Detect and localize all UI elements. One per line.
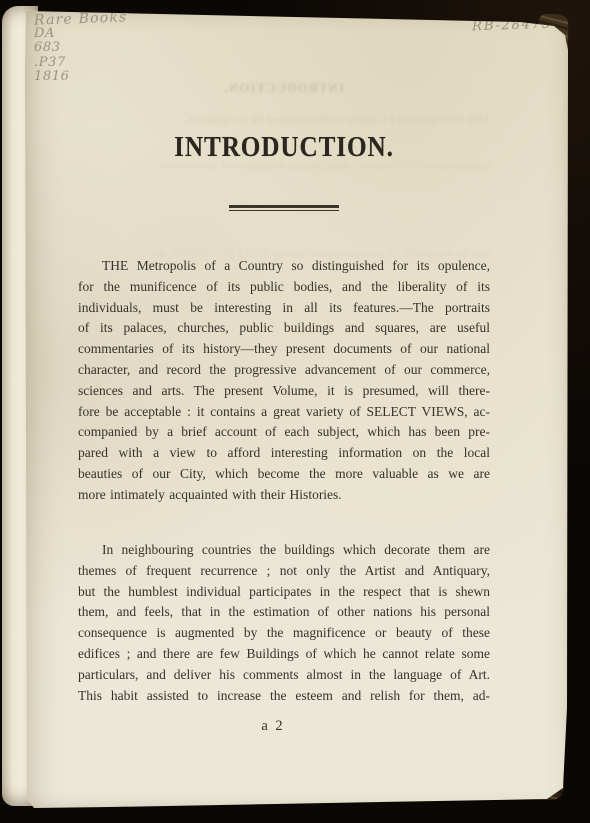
text-line: sciences and arts. The present Volume, i… xyxy=(78,381,490,402)
divider-thick-rule xyxy=(229,205,339,208)
book-page: Rare BooksDA683.P371816 RB-28475 INTRODU… xyxy=(20,8,572,810)
paragraph-neighbouring-countries: In neighbouring countries the buildings … xyxy=(78,540,490,706)
text-line: character, and record the progressive ad… xyxy=(78,360,490,381)
text-line: pared with a view to afford interesting … xyxy=(78,443,490,464)
book-photo: Rare BooksDA683.P371816 RB-28475 INTRODU… xyxy=(0,0,590,823)
page-title: INTRODUCTION. xyxy=(99,132,470,164)
text-line: particulars, and deliver his comments al… xyxy=(78,665,490,686)
text-line: In neighbouring countries the buildings … xyxy=(78,540,490,561)
text-line: fore be acceptable : it contains a great… xyxy=(78,402,490,423)
paragraph-metropolis: THE Metropolis of a Country so distingui… xyxy=(78,256,490,506)
text-line: consequence is augmented by the magnific… xyxy=(78,623,490,644)
text-line: them, and feels, that in the estimation … xyxy=(78,602,490,623)
text-line: of its palaces, churches, public buildin… xyxy=(78,318,490,339)
signature-mark: a 2 xyxy=(67,718,479,735)
text-line: for the munificence of its public bodies… xyxy=(78,277,490,298)
text-line: commentaries of its history—they present… xyxy=(78,339,490,360)
divider-thin-rule xyxy=(229,210,339,211)
text-line: THE Metropolis of a Country so distingui… xyxy=(78,256,490,277)
text-line: but the humblest individual participates… xyxy=(78,582,490,603)
section-divider-rule xyxy=(78,205,490,211)
text-line: themes of frequent recurrence ; not only… xyxy=(78,561,490,582)
text-line: edifices ; and there are few Buildings o… xyxy=(78,644,490,665)
text-line: This habit assisted to increase the este… xyxy=(78,686,490,707)
text-line: beauties of our City, which become the m… xyxy=(78,464,490,485)
text-line: individuals, must be interesting in all … xyxy=(78,298,490,319)
text-line: more intimately acquainted with their Hi… xyxy=(78,485,490,506)
text-line: companied by a brief account of each sub… xyxy=(78,422,490,443)
text-block: INTRODUCTION. THE Metropolis of a Countr… xyxy=(78,8,490,810)
